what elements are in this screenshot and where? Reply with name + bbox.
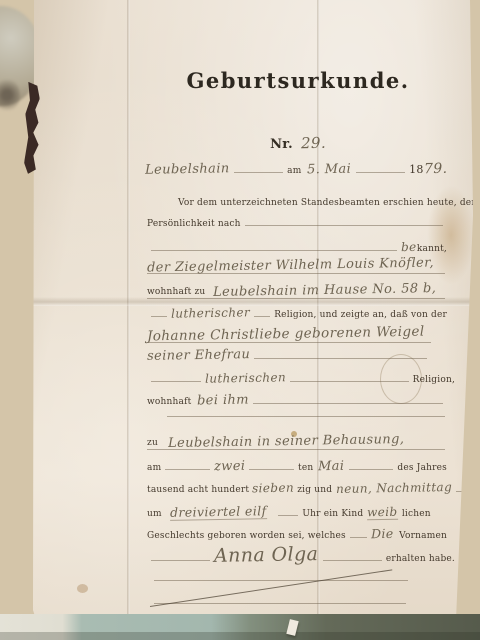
birthplace-row: zu Leubelshain in seiner Behausung,	[147, 434, 445, 450]
spacer	[408, 442, 441, 445]
mother2-handwritten: seiner Ehefrau	[147, 347, 250, 364]
document-title: Geburtsurkunde.	[143, 68, 453, 93]
ruled-line	[254, 313, 270, 317]
declarant-row: der Ziegelmeister Wilhelm Louis Knöfler,	[147, 258, 445, 274]
mother-handwritten: Johanne Christliebe geborenen Weigel	[147, 324, 425, 345]
ruled-line	[234, 169, 284, 173]
bekannt-row: be kannt,	[147, 240, 447, 254]
mother-row: Johanne Christliebe geborenen Weigel	[147, 326, 431, 343]
spacer	[441, 291, 449, 294]
declarant-handwritten: der Ziegelmeister Wilhelm Louis Knöfler,	[147, 255, 434, 275]
ruled-line	[167, 413, 445, 417]
ruled-line	[350, 534, 367, 538]
ruled-line	[151, 247, 397, 251]
ruled-line	[290, 378, 409, 382]
ruled-line	[278, 512, 298, 516]
place-handwritten: Leubelshain	[145, 161, 230, 177]
certificate-number-row: Nr. 29.	[143, 134, 453, 152]
residence-handwritten: Leubelshain im Hause No. 58 b,	[213, 281, 437, 300]
time-handwritten: dreiviertel eilf	[170, 503, 267, 521]
vornamen-label: Vornamen	[399, 531, 447, 541]
ruled-line	[254, 355, 427, 359]
ruled-line	[253, 400, 443, 404]
photo-of-birth-certificate: Geburtsurkunde. Nr. 29. Leubelshain am 5…	[0, 0, 480, 640]
small-stain-spot-bottom	[77, 584, 88, 593]
year-printed: 18	[409, 163, 423, 176]
weib-handwritten: weib	[367, 505, 398, 521]
intro-line-1: Vor dem unterzeichneten Standesbeamten e…	[178, 198, 476, 208]
intro1-text: Vor dem unterzeichneten Standesbeamten e…	[178, 198, 476, 208]
geschlechts-label: Geschlechts geboren worden sei, welches	[147, 531, 346, 541]
religion1-row: lutherischer Religion, und zeigte an, da…	[147, 306, 447, 320]
child-name-handwritten: Anna Olga	[214, 543, 319, 567]
birthday-row: am zwei ten Mai des Jahres	[147, 459, 447, 474]
blank-row-2	[150, 577, 412, 581]
table-surface	[0, 614, 480, 640]
zig-und-label: zig und	[297, 485, 332, 495]
be-handwritten: be	[401, 240, 417, 254]
nr-label: Nr.	[270, 137, 293, 152]
die-handwritten: Die	[370, 526, 393, 541]
vertical-fold-crease-left	[127, 0, 130, 633]
zu-label: zu	[147, 438, 158, 448]
spacer	[429, 335, 437, 338]
wohnhaft-label: wohnhaft	[147, 397, 191, 407]
religion2-row: lutherischen Religion,	[147, 371, 455, 385]
intro-line-2: Persönlichkeit nach	[147, 219, 447, 229]
nr-value-handwritten: 29.	[301, 134, 326, 152]
uhr-label: Uhr ein Kind	[302, 509, 363, 519]
religion1-handwritten: lutherischer	[171, 305, 250, 320]
spacer	[438, 266, 446, 269]
place-date-row: Leubelshain am 5. Mai 18 79.	[145, 161, 447, 177]
religion2-printed: Religion,	[413, 375, 455, 385]
um-label: um	[147, 509, 162, 519]
ruled-line	[151, 557, 210, 561]
wohnhaft-zu-label: wohnhaft zu	[147, 287, 205, 297]
ruled-line	[349, 466, 394, 470]
date-handwritten: 5. Mai	[307, 162, 351, 178]
ruled-line	[165, 466, 210, 470]
erhalten-label: erhalten habe.	[386, 554, 455, 564]
kannt-printed: kannt,	[417, 244, 447, 254]
am2-label: am	[147, 463, 161, 473]
des-jahres-label: des Jahres	[397, 463, 447, 473]
ruled-line	[151, 378, 201, 382]
religion2-handwritten: lutherischen	[205, 370, 286, 385]
geschlechts-row: Geschlechts geboren worden sei, welches …	[147, 526, 447, 541]
mother2-row: seiner Ehefrau	[147, 348, 431, 363]
birthplace-handwritten: Leubelshain in seiner Behausung,	[168, 432, 405, 451]
am-label: am	[287, 166, 301, 176]
month-handwritten: Mai	[318, 459, 345, 474]
religion1-printed: Religion, und zeigte an, daß von der	[274, 310, 447, 320]
ruled-line	[323, 557, 382, 561]
blank-row-1	[163, 413, 449, 417]
ruled-line	[151, 313, 167, 317]
bei-ihm-handwritten: bei ihm	[197, 393, 249, 409]
year-handwritten: 79.	[423, 161, 447, 177]
certificate-paper: Geburtsurkunde. Nr. 29. Leubelshain am 5…	[33, 0, 473, 633]
title-text: Geburtsurkunde.	[186, 68, 409, 93]
sieben-handwritten: sieben	[252, 481, 294, 496]
lichen-label: lichen	[402, 509, 431, 519]
given-name-row: Anna Olga erhalten habe.	[147, 544, 455, 566]
intro2-text: Persönlichkeit nach	[147, 219, 241, 229]
day-handwritten: zwei	[214, 459, 246, 475]
time-row: um dreiviertel eilf Uhr ein Kind weib li…	[147, 504, 447, 520]
ruled-line	[249, 466, 294, 470]
tausend-label: tausend acht hundert	[147, 485, 249, 495]
ruled-line	[245, 222, 443, 226]
ten-label: ten	[298, 463, 313, 473]
wohnhaft2-row: wohnhaft bei ihm	[147, 393, 447, 408]
ruled-line	[356, 169, 406, 173]
neun-handwritten: neun, Nachmittag	[336, 480, 452, 496]
year-words-row: tausend acht hundert sieben zig und neun…	[147, 481, 447, 495]
residence-row: wohnhaft zu Leubelshain im Hause No. 58 …	[147, 283, 445, 299]
ruled-line	[154, 577, 408, 581]
